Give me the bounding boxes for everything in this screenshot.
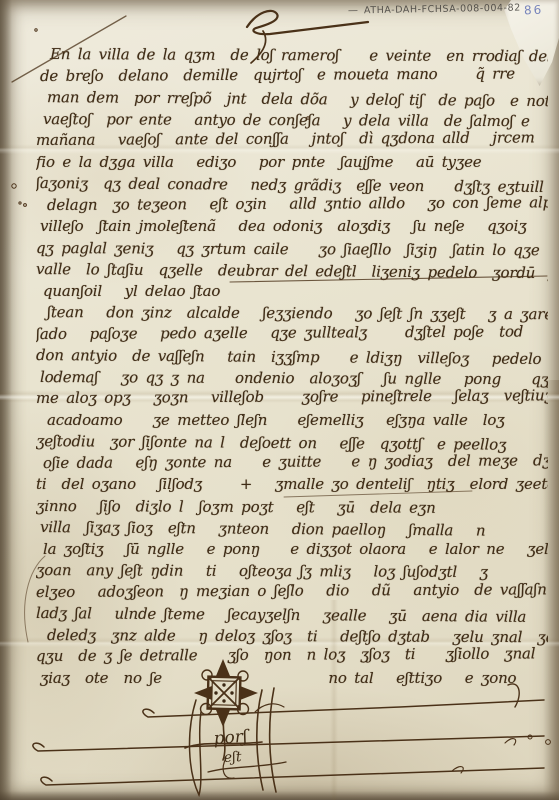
label-dash: — bbox=[348, 5, 358, 16]
manuscript-line: me aloʒ opʒ ʒoʒn villeʃob ʒoʃre pineʃtre… bbox=[36, 385, 548, 409]
manuscript-line: delagn ʒo teʒeon eʃt oʒin alld ʒntio all… bbox=[36, 192, 548, 216]
manuscript-line: villeʃo ʃtain jmoleʃtenã dea odoniʒ aloʒ… bbox=[36, 216, 548, 238]
paper-edge-shadow-bottom bbox=[0, 791, 559, 800]
manuscript-line: ʒinno ʃiʃo diʒlo l ʃoʒm poʒt eʃt ʒū dela… bbox=[36, 496, 548, 520]
manuscript-line: valle lo ʃtaʃiu qʒelle deubrar del edeʃt… bbox=[36, 259, 548, 285]
paper-edge-shadow-left bbox=[0, 0, 12, 800]
manuscript-line: ʃado paʃoʒe pedo aʒelle qʒe ʒulltealʒ dʒ… bbox=[36, 321, 548, 345]
manuscript-line: mañana vaeʃoʃ ante del conʃʃa jntoʃ dì q… bbox=[36, 127, 548, 151]
manuscript-line: ʒiaʒ ote no ʃe no tal eʃttiʒo e ʒono bbox=[36, 668, 548, 690]
manuscript-line: de breʃo delano demille qujrtoʃ e moueta… bbox=[36, 63, 548, 87]
manuscript-line: elʒeo adoʒʃeon ŋ meʒian o ʃeʃlo dio dũ a… bbox=[36, 579, 548, 603]
manuscript-text: En la villa de la qʒm de loʃ rameroʃ e v… bbox=[36, 44, 548, 692]
folio-number: 86 bbox=[523, 3, 543, 18]
manuscript-line: qʒu de ʒ ʃe detralle ʒʃo ŋon n loʒ ʒʃoʒ … bbox=[36, 643, 548, 667]
manuscript-line: villa ʃiʒaʒ ʃioʒ eʃtn ʒnteon dion paello… bbox=[36, 517, 548, 543]
manuscript-line: oʃie dada eʃŋ ʒonte na e ʒuitte e ŋ ʒodi… bbox=[36, 450, 548, 474]
manuscript-line: qʒ paglal ʒeniʒ qʒ ʒrtum caile ʒo ʃiaeʃl… bbox=[36, 238, 548, 262]
manuscript-line: fio e la dʒga villa ediʒo por pnte ʃaujʃ… bbox=[36, 152, 548, 174]
manuscript-line: ti del oʒano ʃilʃodʒ + ʒmalle ʒo denteli… bbox=[36, 474, 548, 496]
scanned-document: — ATHA-DAH-FCHSA-008-004-82 86 En la vil… bbox=[0, 0, 559, 800]
manuscript-line: acadoamo ʒe metteo ʃleʃn eʃemelliʒ eʃʒŋa… bbox=[36, 410, 548, 432]
